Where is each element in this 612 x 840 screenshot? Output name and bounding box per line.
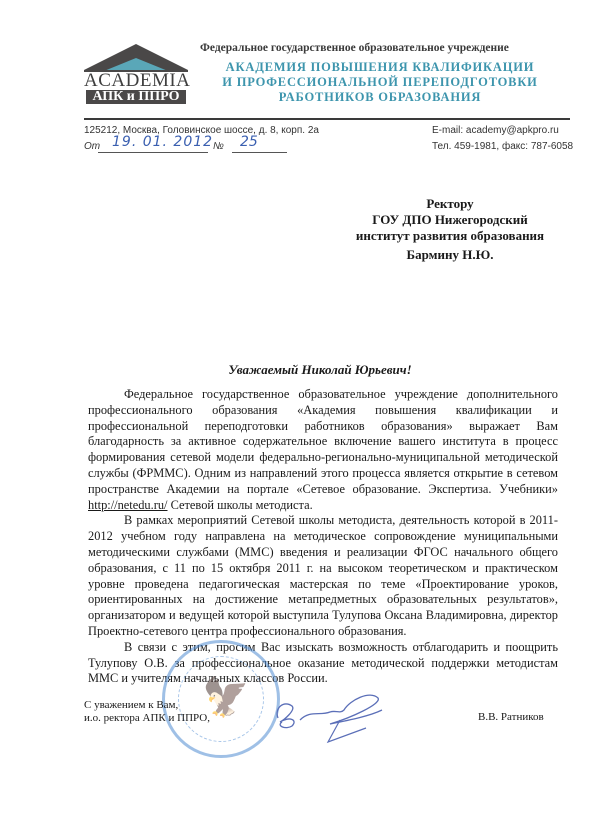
addressee: Ректору ГОУ ДПО Нижегородский институт р… [330, 196, 570, 244]
addressee-name: Бармину Н.Ю. [330, 247, 570, 263]
number-label: № [213, 141, 224, 152]
org-name-line: И ПРОФЕССИОНАЛЬНОЙ ПЕРЕПОДГОТОВКИ [190, 75, 570, 90]
org-name-line: АКАДЕМИЯ ПОВЫШЕНИЯ КВАЛИФИКАЦИИ [190, 60, 570, 75]
org-name: АКАДЕМИЯ ПОВЫШЕНИЯ КВАЛИФИКАЦИИ И ПРОФЕС… [190, 60, 570, 105]
addressee-line: Ректору [330, 196, 570, 212]
org-name-line: РАБОТНИКОВ ОБРАЗОВАНИЯ [190, 90, 570, 105]
signer-name: В.В. Ратников [478, 711, 544, 723]
from-label: От [84, 141, 100, 152]
closing: С уважением к Вам, и.о. ректора АПК и ПП… [84, 699, 210, 725]
addressee-line: институт развития образования [330, 228, 570, 244]
closing-line: С уважением к Вам, [84, 699, 210, 712]
header-rule [84, 118, 570, 120]
letter-body: Федеральное государственное образователь… [88, 387, 558, 687]
signature-icon [270, 680, 390, 750]
closing-title: и.о. ректора АПК и ППРО, [84, 712, 210, 725]
letter-date: 19. 01. 2012 [112, 134, 213, 150]
email: E-mail: academy@apkpro.ru [432, 125, 559, 136]
number-underline [232, 152, 287, 153]
date-underline [98, 152, 208, 153]
letter-number: 25 [240, 134, 258, 150]
paragraph: Федеральное государственное образователь… [88, 387, 558, 513]
org-type: Федеральное государственное образователь… [200, 42, 509, 54]
logo-title: ACADEMIA [84, 72, 188, 90]
salutation: Уважаемый Николай Юрьевич! [80, 362, 560, 378]
phone: Тел. 459-1981, факс: 787-6058 [432, 141, 573, 152]
logo-subtitle: АПК и ППРО [86, 90, 186, 104]
netedu-link[interactable]: http://netedu.ru/ [88, 498, 168, 512]
paragraph: В рамках мероприятий Сетевой школы метод… [88, 513, 558, 639]
addressee-line: ГОУ ДПО Нижегородский [330, 212, 570, 228]
